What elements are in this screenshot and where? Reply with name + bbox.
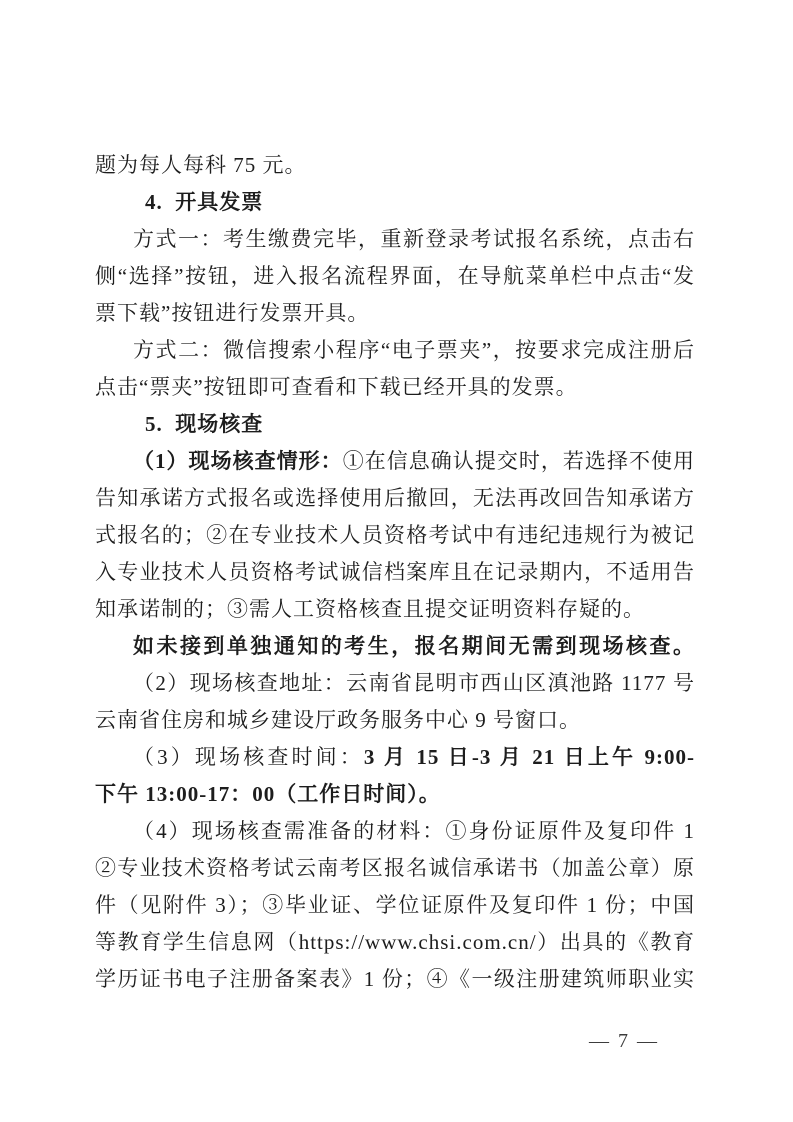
text-segment: 方式一：考生缴费完毕，重新登录考试报名系统，点击右 bbox=[133, 227, 695, 251]
bold-text-segment: 下午 13:00-17：00（工作日时间）。 bbox=[95, 782, 441, 806]
para-check-time-line1: （3）现场核查时间：3 月 15 日-3 月 21 日上午 9:00-11:30… bbox=[95, 739, 695, 776]
heading-4-invoice: 4. 开具发票 bbox=[95, 184, 695, 221]
para-check-cases-line2: 告知承诺方式报名或选择使用后撤回，无法再改回告知承诺方 bbox=[95, 480, 695, 517]
text-segment: 云南省住房和城乡建设厅政务服务中心 9 号窗口。 bbox=[95, 708, 581, 732]
para-method1-line1: 方式一：考生缴费完毕，重新登录考试报名系统，点击右 bbox=[95, 221, 695, 258]
text-segment: 题为每人每科 75 元。 bbox=[95, 153, 307, 177]
para-method1-line3: 票下载”按钮进行发票开具。 bbox=[95, 295, 695, 332]
para-materials-line1: （4）现场核查需准备的材料：①身份证原件及复印件 1 份； bbox=[95, 813, 695, 850]
text-segment: 式报名的；②在专业技术人员资格考试中有违纪违规行为被记 bbox=[95, 523, 695, 547]
para-check-time-line2: 下午 13:00-17：00（工作日时间）。 bbox=[95, 776, 695, 813]
bold-text-segment: 5. 现场核查 bbox=[145, 412, 263, 436]
document-body: 题为每人每科 75 元。4. 开具发票方式一：考生缴费完毕，重新登录考试报名系统… bbox=[95, 147, 695, 998]
text-segment: 告知承诺方式报名或选择使用后撤回，无法再改回告知承诺方 bbox=[95, 486, 695, 510]
para-method1-line2: 侧“选择”按钮，进入报名流程界面，在导航菜单栏中点击“发 bbox=[95, 258, 695, 295]
text-segment: 学历证书电子注册备案表》1 份；④《一级注册建筑师职业实践 bbox=[95, 967, 695, 998]
bold-text-segment: （1）现场核查情形： bbox=[133, 449, 343, 473]
para-materials-line4: 等教育学生信息网（https://www.chsi.com.cn/）出具的《教育… bbox=[95, 924, 695, 961]
heading-5-onsite-check: 5. 现场核查 bbox=[95, 406, 695, 443]
text-segment: 方式二：微信搜索小程序“电子票夹”，按要求完成注册后 bbox=[133, 338, 695, 362]
text-segment: 件（见附件 3）；③毕业证、学位证原件及复印件 1 份；中国高 bbox=[95, 893, 695, 924]
text-segment: （3）现场核查时间： bbox=[133, 745, 364, 769]
text-segment: 点击“票夹”按钮即可查看和下载已经开具的发票。 bbox=[95, 375, 578, 399]
page-number: — 7 — bbox=[589, 1030, 659, 1053]
text-segment: 知承诺制的；③需人工资格核查且提交证明资料存疑的。 bbox=[95, 597, 645, 621]
text-segment: ②专业技术资格考试云南考区报名诚信承诺书（加盖公章）原 bbox=[95, 856, 695, 880]
para-materials-line2: ②专业技术资格考试云南考区报名诚信承诺书（加盖公章）原 bbox=[95, 850, 695, 887]
para-materials-line5: 学历证书电子注册备案表》1 份；④《一级注册建筑师职业实践 bbox=[95, 961, 695, 998]
para-check-address-line1: （2）现场核查地址：云南省昆明市西山区滇池路 1177 号 bbox=[95, 665, 695, 702]
document-page: 题为每人每科 75 元。4. 开具发票方式一：考生缴费完毕，重新登录考试报名系统… bbox=[0, 0, 793, 1122]
para-method2-line1: 方式二：微信搜索小程序“电子票夹”，按要求完成注册后 bbox=[95, 332, 695, 369]
para-check-cases-line5: 知承诺制的；③需人工资格核查且提交证明资料存疑的。 bbox=[95, 591, 695, 628]
text-segment: （2）现场核查地址：云南省昆明市西山区滇池路 1177 号 bbox=[133, 671, 695, 695]
para-method2-line2: 点击“票夹”按钮即可查看和下载已经开具的发票。 bbox=[95, 369, 695, 406]
text-segment: 票下载”按钮进行发票开具。 bbox=[95, 301, 369, 325]
para-check-cases-line1: （1）现场核查情形：①在信息确认提交时，若选择不使用 bbox=[95, 443, 695, 480]
text-segment: 等教育学生信息网（https://www.chsi.com.cn/）出具的《教育… bbox=[95, 930, 695, 961]
text-segment: 侧“选择”按钮，进入报名流程界面，在导航菜单栏中点击“发 bbox=[95, 264, 695, 288]
text-segment: （4）现场核查需准备的材料：①身份证原件及复印件 1 份； bbox=[95, 819, 695, 850]
bold-text-segment: 4. 开具发票 bbox=[145, 190, 263, 214]
text-segment: 入专业技术人员资格考试诚信档案库且在记录期内，不适用告 bbox=[95, 560, 695, 584]
text-segment: ①在信息确认提交时，若选择不使用 bbox=[343, 449, 695, 473]
para-materials-line3: 件（见附件 3）；③毕业证、学位证原件及复印件 1 份；中国高 bbox=[95, 887, 695, 924]
para-check-address-line2: 云南省住房和城乡建设厅政务服务中心 9 号窗口。 bbox=[95, 702, 695, 739]
para-fee-continuation: 题为每人每科 75 元。 bbox=[95, 147, 695, 184]
para-check-cases-line3: 式报名的；②在专业技术人员资格考试中有违纪违规行为被记 bbox=[95, 517, 695, 554]
bold-text-segment: 如未接到单独通知的考生，报名期间无需到现场核查。 bbox=[133, 634, 695, 658]
para-check-cases-line4: 入专业技术人员资格考试诚信档案库且在记录期内，不适用告 bbox=[95, 554, 695, 591]
para-no-separate-notice: 如未接到单独通知的考生，报名期间无需到现场核查。 bbox=[95, 628, 695, 665]
